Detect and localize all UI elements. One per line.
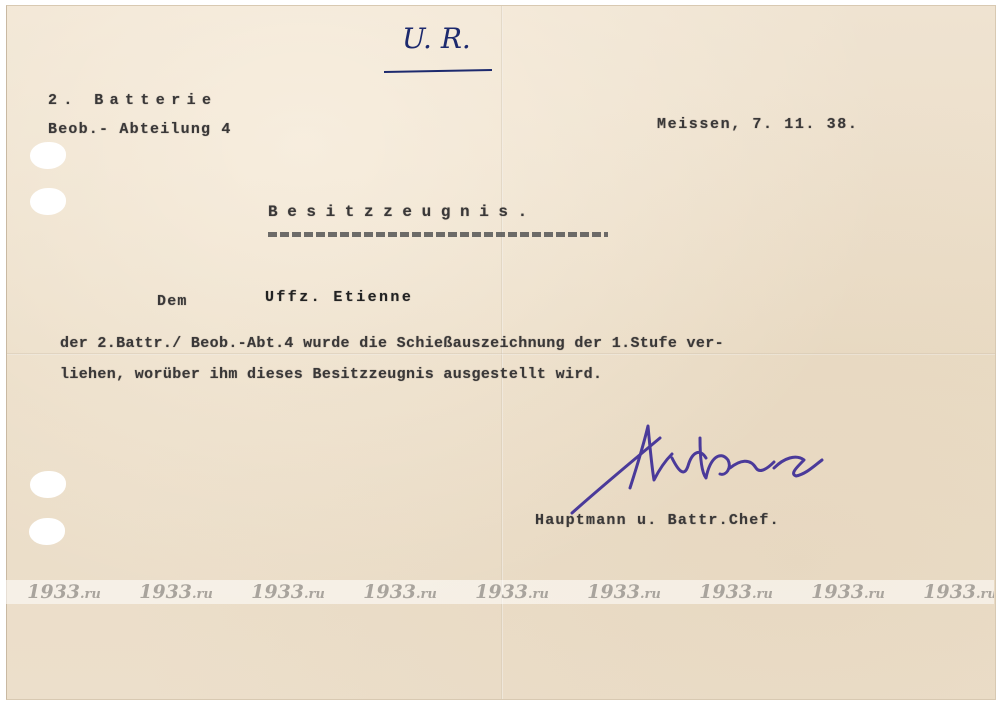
title-underline [268,232,608,237]
sender-department: Beob.- Abteilung 4 [48,121,232,138]
body-line-1: der 2.Battr./ Beob.-Abt.4 wurde die Schi… [60,335,724,352]
punch-hole [30,142,66,169]
watermark-band: 1933.ru 1933.ru 1933.ru 1933.ru 1933.ru … [6,580,994,604]
signature-icon [560,418,840,518]
watermark: 1933.ru [118,581,230,603]
document-title: Besitzzeugnis. [268,203,537,221]
recipient-name: Uffz. Etienne [265,289,413,306]
salutation: Dem [157,293,188,310]
watermark: 1933.ru [230,581,342,603]
watermark: 1933.ru [566,581,678,603]
horizontal-fold-line [7,353,995,355]
place-date: Meissen, 7. 11. 38. [657,116,858,133]
punch-hole [30,471,66,498]
watermark: 1933.ru [454,581,566,603]
punch-hole [29,518,65,545]
watermark: 1933.ru [6,581,118,603]
body-line-2: liehen, worüber ihm dieses Besitzzeugnis… [60,366,602,383]
signatory-title: Hauptmann u. Battr.Chef. [535,512,780,529]
watermark: 1933.ru [790,581,902,603]
watermark: 1933.ru [902,581,994,603]
sender-unit: 2. Batterie [48,92,217,109]
punch-hole [30,188,66,215]
watermark: 1933.ru [678,581,790,603]
handwritten-annotation: U. R. [402,22,471,55]
watermark: 1933.ru [342,581,454,603]
